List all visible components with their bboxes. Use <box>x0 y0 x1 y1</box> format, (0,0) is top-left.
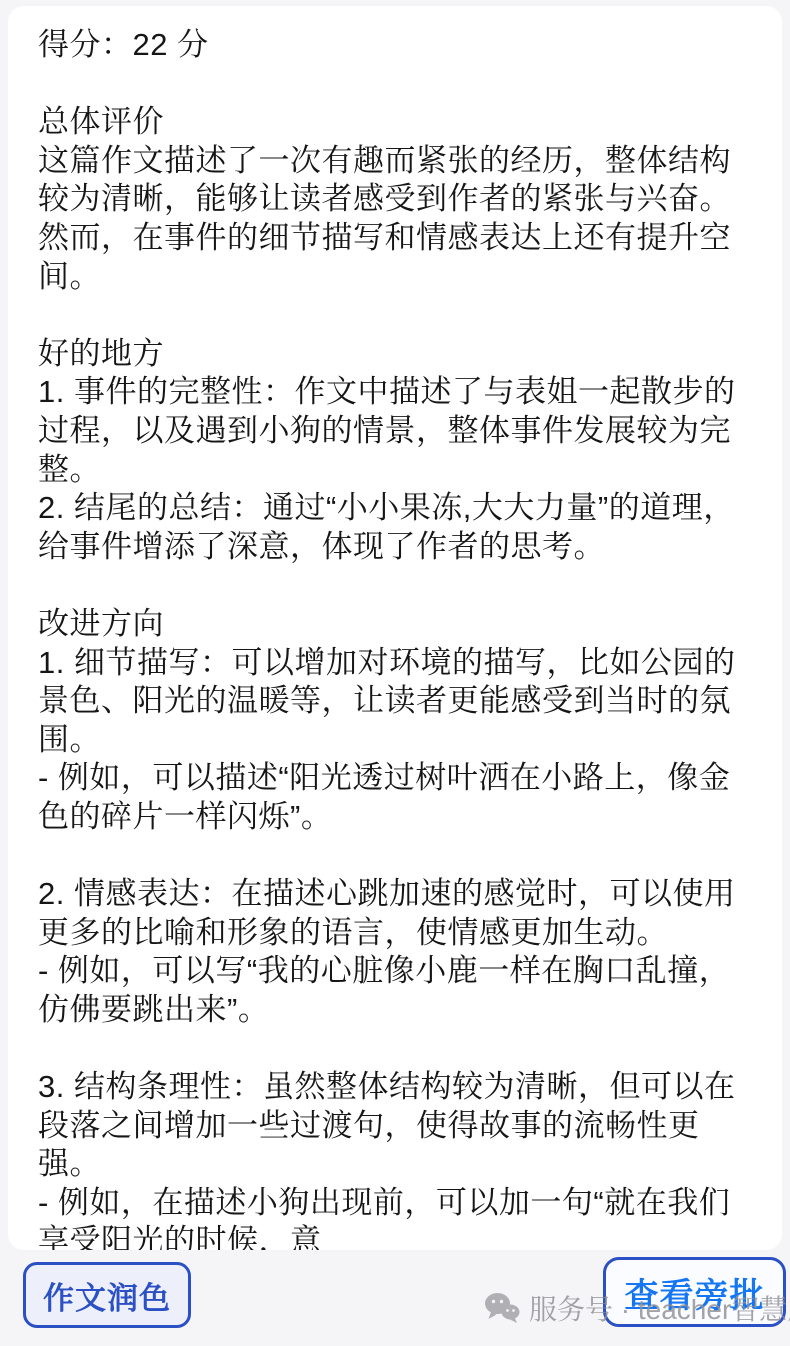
section-title-strengths: 好的地方 <box>38 335 756 374</box>
section-title-overall: 总体评价 <box>38 103 756 142</box>
score-line: 得分：22 分 <box>38 26 756 65</box>
improvement-example-3-truncated: - 例如，在描述小狗出现前，可以加一句“就在我们享受阳光的时候，意 <box>38 1184 756 1250</box>
wechat-icon <box>484 1292 520 1324</box>
polish-essay-button[interactable]: 作文润色 <box>23 1262 191 1328</box>
improvement-example-2: - 例如，可以写“我的心脏像小鹿一样在胸口乱撞，仿佛要跳出来”。 <box>38 952 756 1029</box>
strength-item-1: 1. 事件的完整性：作文中描述了与表姐一起散步的过程，以及遇到小狗的情景，整体事… <box>38 373 756 489</box>
improvement-item-1: 1. 细节描写：可以增加对环境的描写，比如公园的景色、阳光的温暖等，让读者更能感… <box>38 644 756 760</box>
strength-item-2: 2. 结尾的总结：通过“小小果冻,大大力量”的道理，给事件增添了深意，体现了作者… <box>38 489 756 566</box>
overall-comment: 这篇作文描述了一次有趣而紧张的经历，整体结构较为清晰，能够让读者感受到作者的紧张… <box>38 142 756 296</box>
footer-bar: 作文润色 查看旁批 服务号 · teacher智慧库 <box>0 1250 790 1346</box>
improvement-example-1: - 例如，可以描述“阳光透过树叶洒在小路上，像金色的碎片一样闪烁”。 <box>38 759 756 836</box>
view-annotations-button[interactable]: 查看旁批 <box>603 1257 786 1327</box>
improvement-item-3: 3. 结构条理性：虽然整体结构较为清晰，但可以在段落之间增加一些过渡句，使得故事… <box>38 1068 756 1184</box>
feedback-card: 得分：22 分总体评价这篇作文描述了一次有趣而紧张的经历，整体结构较为清晰，能够… <box>8 6 782 1250</box>
improvement-item-2: 2. 情感表达：在描述心跳加速的感觉时，可以使用更多的比喻和形象的语言，使情感更… <box>38 875 756 952</box>
section-title-improvements: 改进方向 <box>38 605 756 644</box>
report-body: 得分：22 分总体评价这篇作文描述了一次有趣而紧张的经历，整体结构较为清晰，能够… <box>38 26 756 1250</box>
